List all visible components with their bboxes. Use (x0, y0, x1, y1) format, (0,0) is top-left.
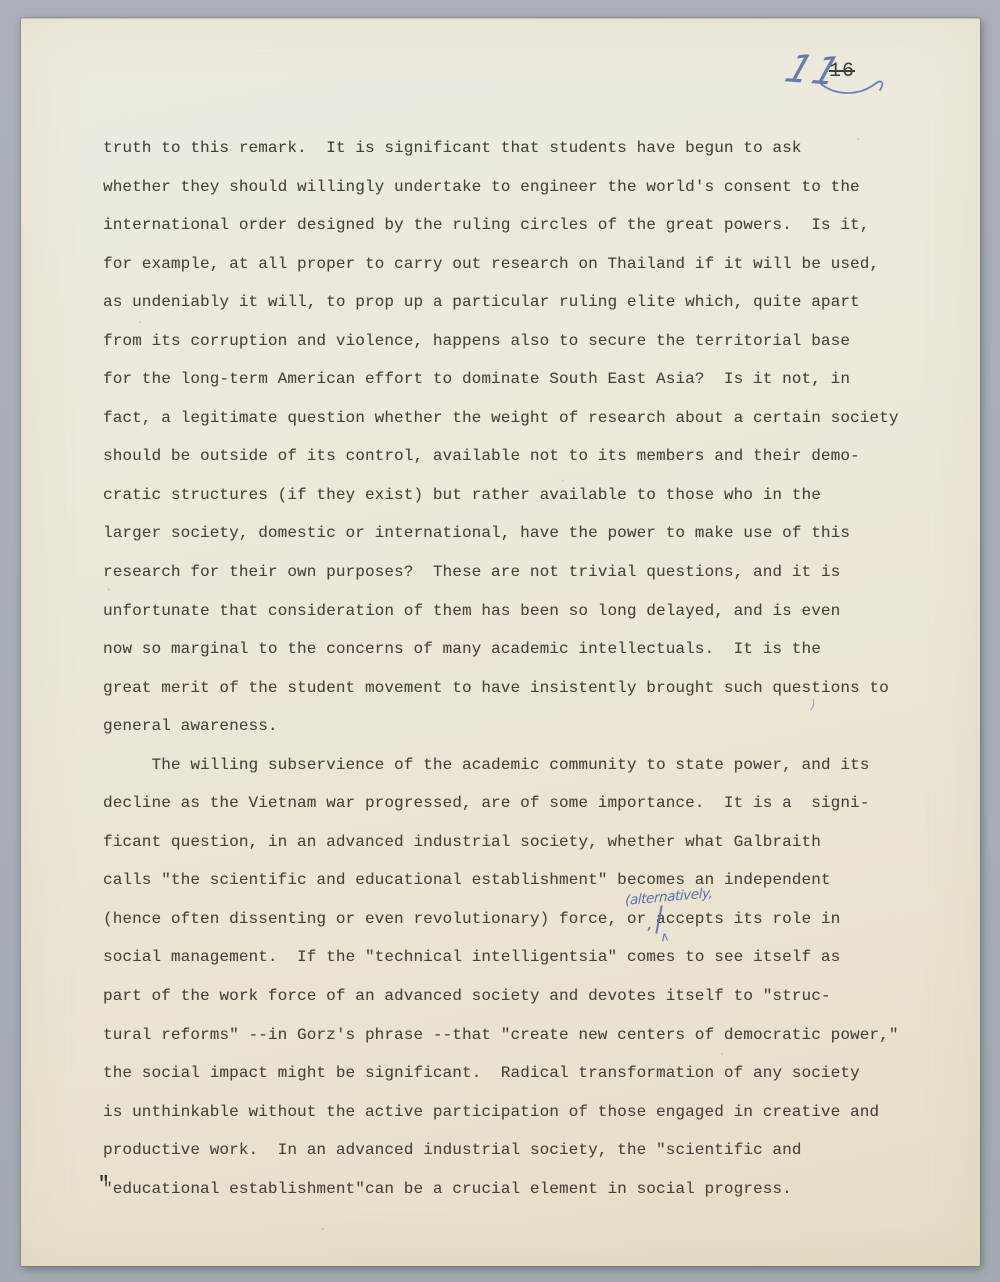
typed-line: cratic structures (if they exist) but ra… (103, 476, 963, 515)
typed-line: general awareness. (103, 707, 963, 746)
insertion-caret-mark: ∧ (659, 930, 670, 946)
typed-line: unfortunate that consideration of them h… (103, 592, 963, 631)
paper-speck (321, 1228, 324, 1230)
typed-line: for example, at all proper to carry out … (103, 245, 963, 284)
scanned-page-background: { "ui": { "background_color": "#a8adb5",… (0, 0, 1000, 1282)
typed-line: ficant question, in an advanced industri… (103, 823, 963, 862)
paper-speck (721, 1053, 723, 1055)
typed-line: fact, a legitimate question whether the … (103, 399, 963, 438)
typed-line: whether they should willingly undertake … (103, 168, 963, 207)
typed-line: productive work. In an advanced industri… (103, 1131, 963, 1170)
typed-line: should be outside of its control, availa… (103, 437, 963, 476)
typed-line: is unthinkable without the active partic… (103, 1093, 963, 1132)
typescript-page: 16 11 truth to this remark. It is signif… (21, 18, 980, 1266)
typed-line: The willing subservience of the academic… (103, 746, 963, 785)
paper-speck (857, 138, 859, 140)
pen-strike-swoosh (819, 66, 899, 106)
typed-line: truth to this remark. It is significant … (103, 129, 963, 168)
typed-line: part of the work force of an advanced so… (103, 977, 963, 1016)
typed-line: (hence often dissenting or even revoluti… (103, 900, 963, 939)
paper-speck (107, 588, 110, 591)
typed-line: research for their own purposes? These a… (103, 553, 963, 592)
typed-line: great merit of the student movement to h… (103, 669, 963, 708)
typed-line: larger society, domestic or internationa… (103, 514, 963, 553)
typed-line: international order designed by the ruli… (103, 206, 963, 245)
typed-line: as undeniably it will, to prop up a part… (103, 283, 963, 322)
typed-line: for the long-term American effort to dom… (103, 360, 963, 399)
typed-line: now so marginal to the concerns of many … (103, 630, 963, 669)
typed-line: the social impact might be significant. … (103, 1054, 963, 1093)
typed-line: decline as the Vietnam war progressed, a… (103, 784, 963, 823)
paper-speck (139, 321, 141, 323)
typed-line: from its corruption and violence, happen… (103, 322, 963, 361)
paper-speck (562, 480, 564, 482)
overstruck-quote-mark: " (98, 1173, 108, 1195)
typed-line: tural reforms" --in Gorz's phrase --that… (103, 1016, 963, 1055)
typed-line: "educational establishment"can be a cruc… (103, 1170, 963, 1209)
typed-body-text: truth to this remark. It is significant … (103, 129, 963, 1208)
typed-line: social management. If the "technical int… (103, 938, 963, 977)
typed-line: calls "the scientific and educational es… (103, 861, 963, 900)
